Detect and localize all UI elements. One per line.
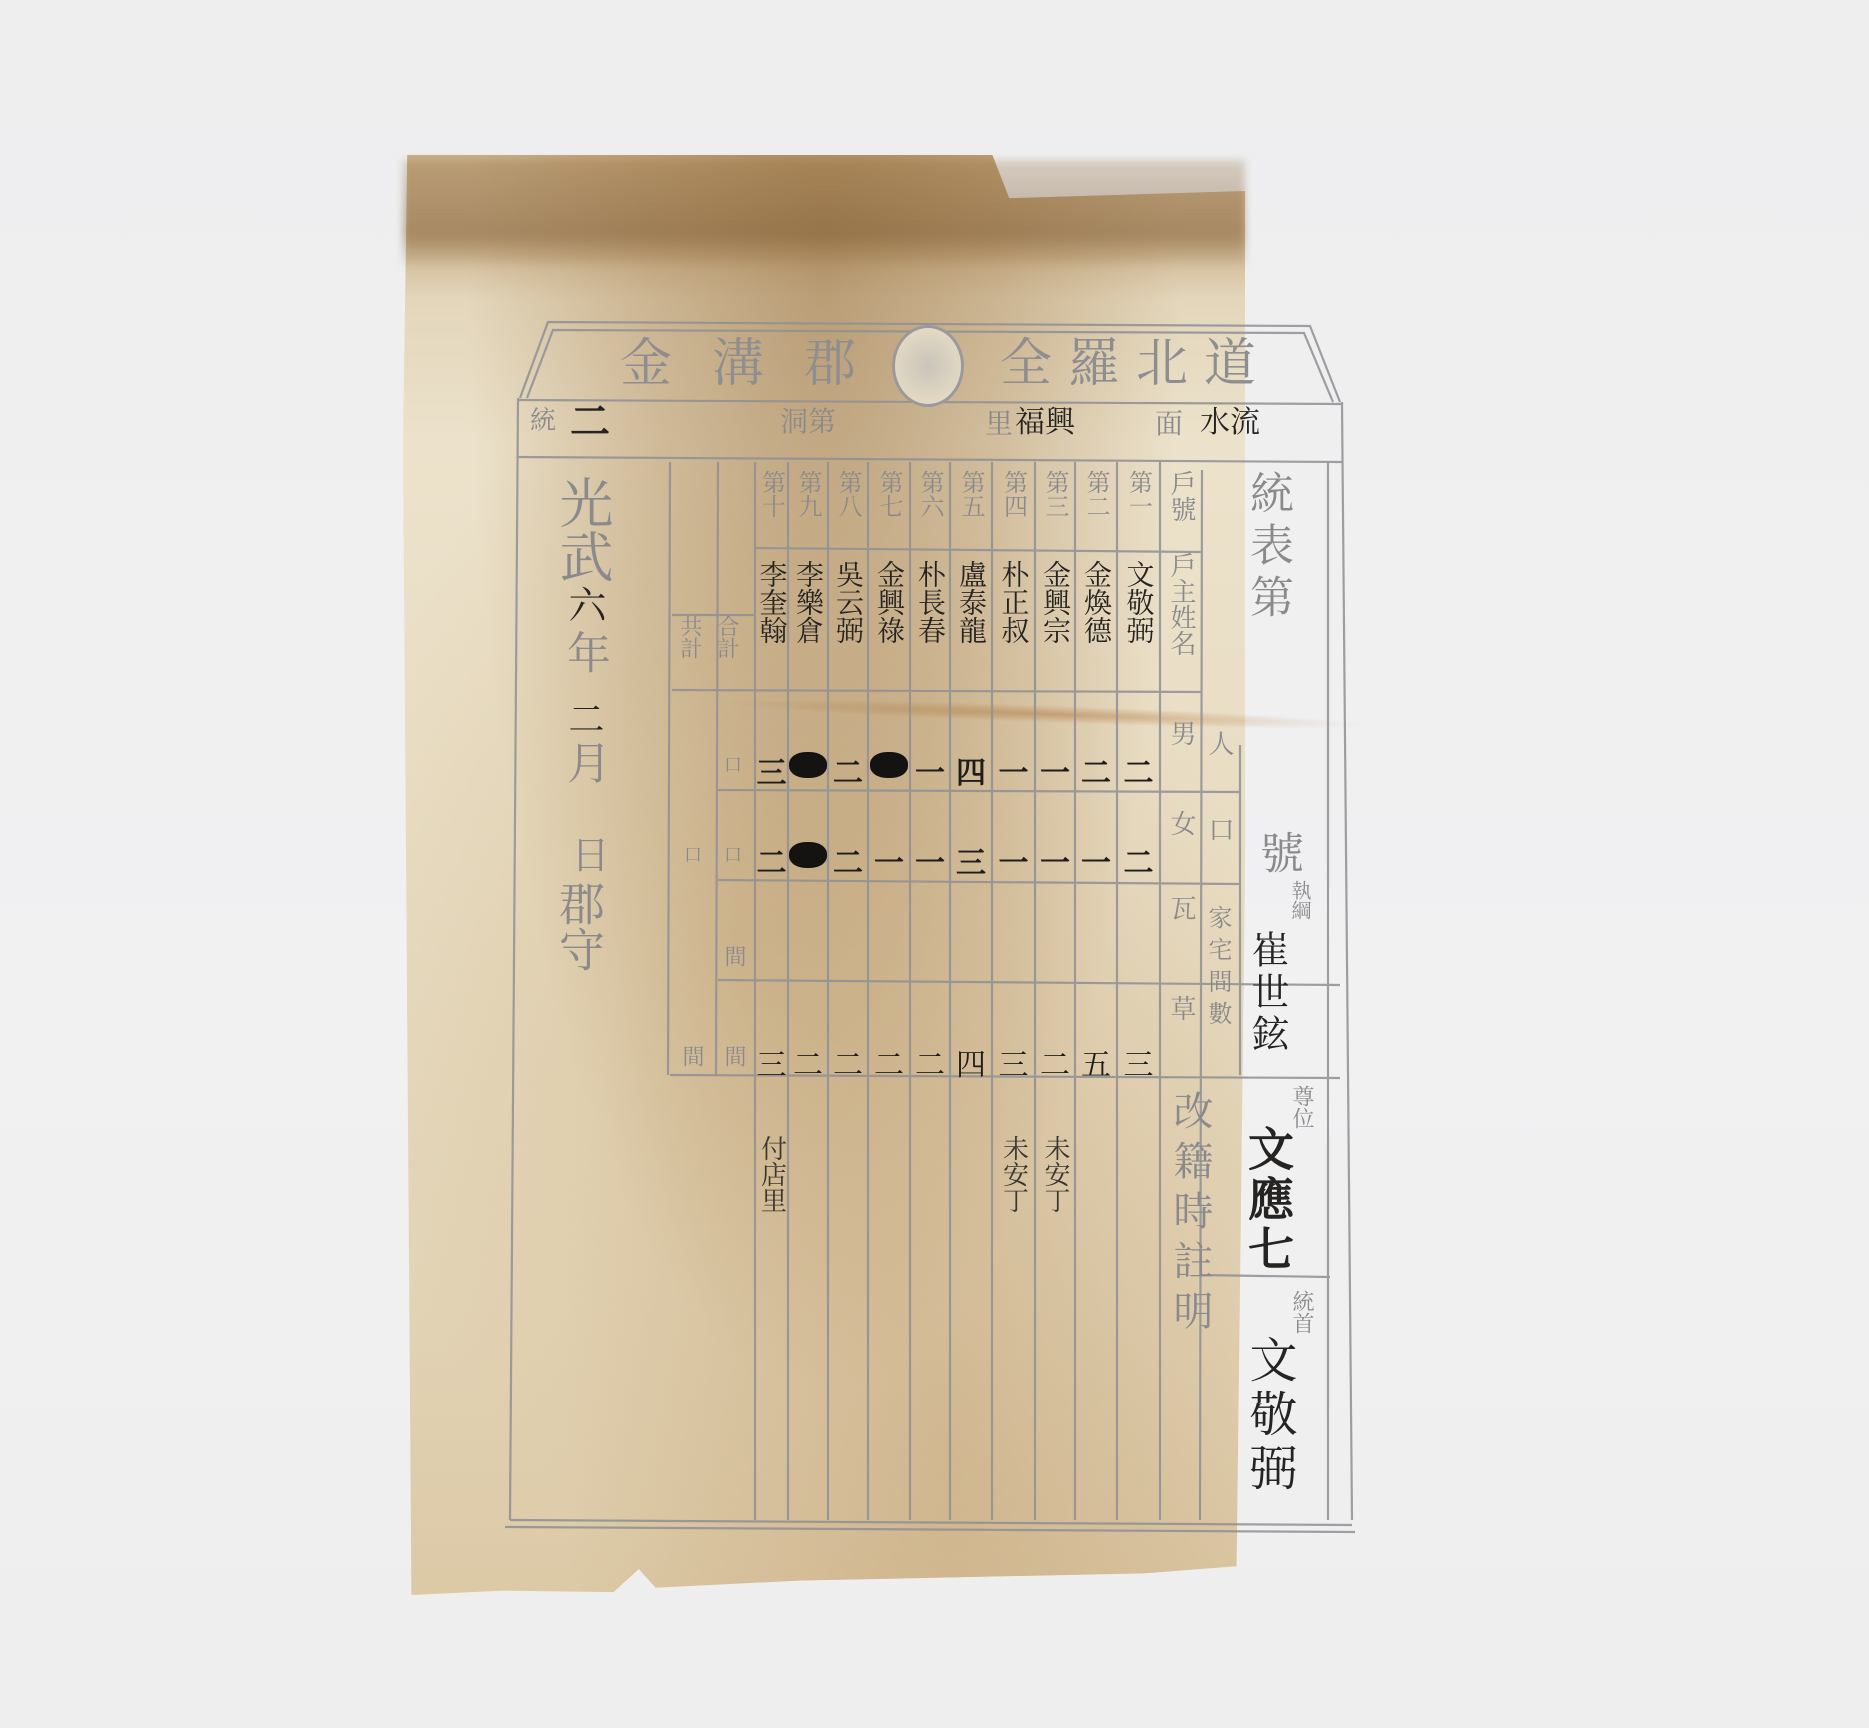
count-men: 二 — [1119, 748, 1159, 792]
household-head-name: 朴正叔 — [1000, 560, 1028, 644]
count-men: 一 — [1035, 748, 1075, 792]
ho-label: 號 — [1255, 830, 1299, 874]
tongsu-name: 文敬弼 — [1245, 1335, 1293, 1497]
ink-blot-men — [870, 752, 908, 778]
hoju-name-label: 戶號 戶主姓名 — [1168, 470, 1194, 656]
count-men: 一 — [910, 748, 950, 792]
tongpyo-label: 統表第 — [1245, 470, 1289, 626]
household-note: 未安丁 — [1042, 1135, 1068, 1213]
household-number: 第一 — [1127, 470, 1151, 518]
count-women: 二 — [752, 838, 792, 882]
house-label: 家宅間數 — [1206, 905, 1230, 1033]
household-head-name: 金煥德 — [1082, 560, 1110, 644]
date-year: 六 — [565, 585, 603, 623]
province-title: 全羅北道 — [1000, 338, 1272, 390]
signatory: 郡守 — [556, 880, 602, 972]
ri-name: 福興 — [1015, 408, 1075, 438]
count-houses: 三 — [994, 1040, 1034, 1084]
dong-label: 洞第 — [780, 408, 836, 436]
count-women: 一 — [910, 838, 950, 882]
household-note: 未安丁 — [1001, 1135, 1027, 1213]
total-label: 共計 — [678, 615, 700, 659]
household-number: 第七 — [877, 470, 901, 518]
count-houses: 三 — [752, 1040, 792, 1084]
people-label: 人口 — [1206, 730, 1232, 902]
subtotal-kan-label-2: 間 — [722, 1045, 744, 1067]
day-label: 日 — [568, 835, 606, 873]
jonwi-name: 文應七 — [1245, 1125, 1291, 1275]
jipgang-name: 崔世鉉 — [1248, 930, 1286, 1056]
change-note-label: 改籍時註明 — [1170, 1090, 1210, 1340]
month-label: 月 — [562, 740, 606, 784]
total-kan-label: 間 — [680, 1045, 702, 1067]
count-men: 四 — [951, 748, 991, 792]
household-head-name: 朴長春 — [916, 560, 944, 644]
subtotal-label: 合計 — [715, 615, 737, 659]
myeon-name: 水流 — [1200, 408, 1260, 438]
myeon-label: 面 — [1155, 410, 1183, 438]
count-women: 二 — [828, 838, 868, 882]
era-name: 光武 — [555, 475, 609, 583]
date-month: 二 — [565, 700, 601, 736]
count-men: 二 — [1076, 748, 1116, 792]
count-houses: 五 — [1076, 1040, 1116, 1084]
ink-blot-men — [789, 752, 827, 778]
jonwi-label: 尊位 — [1290, 1085, 1312, 1129]
household-head-name: 金興宗 — [1041, 560, 1069, 644]
count-women: 二 — [1119, 838, 1159, 882]
tongsu-label: 統首 — [1290, 1290, 1312, 1334]
count-houses: 二 — [910, 1040, 950, 1084]
count-houses: 三 — [1119, 1040, 1159, 1084]
count-women: 一 — [994, 838, 1034, 882]
household-note: 付店里 — [759, 1135, 785, 1213]
men-label: 男 — [1168, 720, 1194, 746]
count-houses: 二 — [788, 1040, 828, 1084]
count-women: 一 — [1035, 838, 1075, 882]
subtotal-kou-label: 口 — [722, 755, 740, 773]
thatched-label: 草 — [1168, 995, 1194, 1021]
household-head-name: 盧泰龍 — [957, 560, 985, 644]
household-head-name: 文敬弼 — [1125, 560, 1153, 644]
count-men: 二 — [828, 748, 868, 792]
household-number: 第六 — [918, 470, 942, 518]
women-label: 女 — [1168, 810, 1194, 836]
ink-blot-women — [789, 842, 827, 868]
count-houses: 二 — [828, 1040, 868, 1084]
household-head-name: 金興祿 — [875, 560, 903, 644]
household-number: 第九 — [796, 470, 820, 518]
tong-number: 二 — [570, 402, 610, 442]
count-women: 一 — [869, 838, 909, 882]
subtotal-kou-label-2: 口 — [722, 845, 740, 863]
count-men: 一 — [994, 748, 1034, 792]
household-head-name: 李奎翰 — [758, 560, 786, 644]
subtotal-kan-label: 間 — [722, 945, 744, 967]
household-head-name: 吳云弼 — [834, 560, 862, 644]
count-men: 三 — [752, 748, 792, 792]
water-stain — [403, 160, 1245, 265]
count-women: 三 — [951, 838, 991, 882]
total-kou-label: 口 — [682, 845, 700, 863]
county-title: 金溝郡 — [620, 338, 896, 390]
count-women: 一 — [1076, 838, 1116, 882]
household-head-name: 李樂倉 — [794, 560, 822, 644]
household-number: 第五 — [959, 470, 983, 518]
household-number: 第十 — [760, 470, 784, 518]
count-houses: 四 — [951, 1040, 991, 1084]
count-houses: 二 — [1035, 1040, 1075, 1084]
tiled-label: 瓦 — [1168, 895, 1194, 921]
household-number: 第二 — [1084, 470, 1108, 518]
tong-label: 統 — [530, 408, 556, 434]
official-seal-icon — [892, 325, 964, 407]
household-number: 第四 — [1002, 470, 1026, 518]
ri-label: 里 — [985, 410, 1013, 438]
household-number: 第三 — [1043, 470, 1067, 518]
household-number: 第八 — [836, 470, 860, 518]
count-houses: 二 — [869, 1040, 909, 1084]
year-label: 年 — [562, 630, 606, 674]
jipgang-label: 執綱 — [1290, 880, 1310, 920]
